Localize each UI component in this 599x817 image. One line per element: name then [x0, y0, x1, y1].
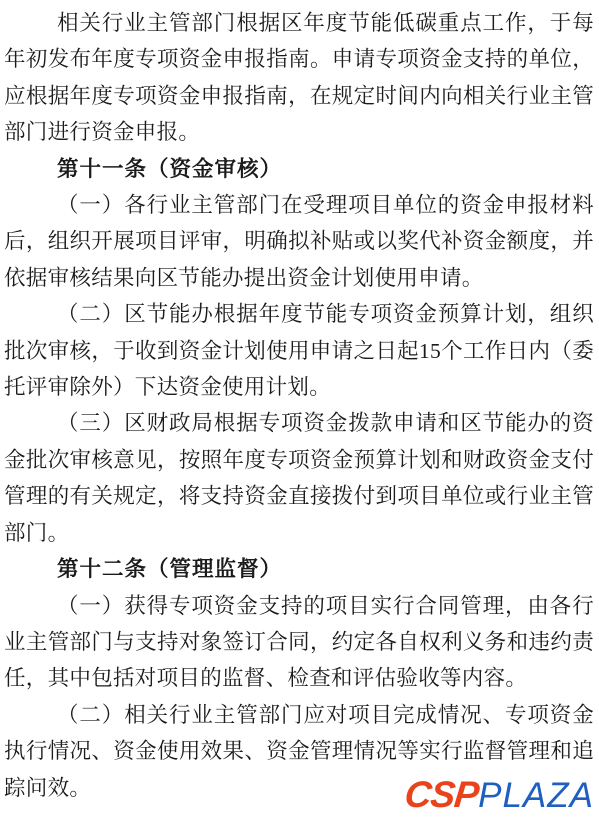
plaza-logo-text: PLAZA	[478, 778, 594, 813]
paragraph-article12-item1: （一）获得专项资金支持的项目实行合同管理，由各行业主管部门与支持对象签订合同，约…	[4, 588, 594, 697]
paragraph-article11-item2: （二）区节能办根据年度节能专项资金预算计划，组织批次审核，于收到资金计划使用申请…	[4, 296, 594, 405]
section-heading-article-11: 第十一条（资金审核）	[4, 151, 594, 187]
paragraph-article11-item1: （一）各行业主管部门在受理项目单位的资金申报材料后，组织开展项目评审，明确拟补贴…	[4, 187, 594, 296]
document-page: 相关行业主管部门根据区年度节能低碳重点工作，于每年初发布年度专项资金申报指南。申…	[0, 0, 599, 817]
paragraph-fund-application: 相关行业主管部门根据区年度节能低碳重点工作，于每年初发布年度专项资金申报指南。申…	[4, 5, 594, 151]
paragraph-article11-item3: （三）区财政局根据专项资金拨款申请和区节能办的资金批次审核意见，按照年度专项资金…	[4, 405, 594, 551]
csp-plaza-logo: CSPPLAZA	[405, 776, 594, 813]
csp-logo-text: CSP	[403, 776, 480, 813]
section-heading-article-12: 第十二条（管理监督）	[4, 551, 594, 587]
